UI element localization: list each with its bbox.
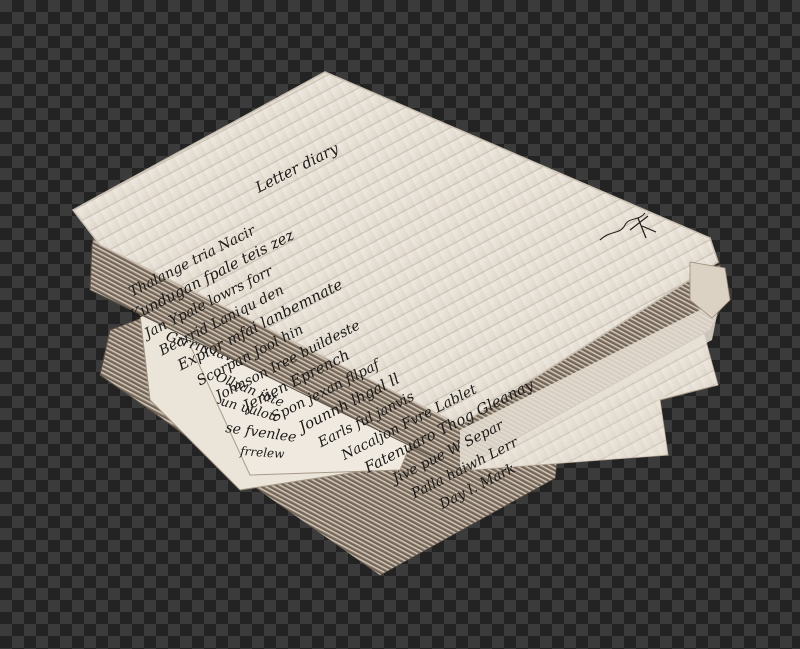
paper-stack-image: Grrrln lavre Ollyan inte un uulou se fve… bbox=[0, 0, 800, 649]
transparency-checkerboard-background: Grrrln lavre Ollyan inte un uulou se fve… bbox=[0, 0, 800, 649]
